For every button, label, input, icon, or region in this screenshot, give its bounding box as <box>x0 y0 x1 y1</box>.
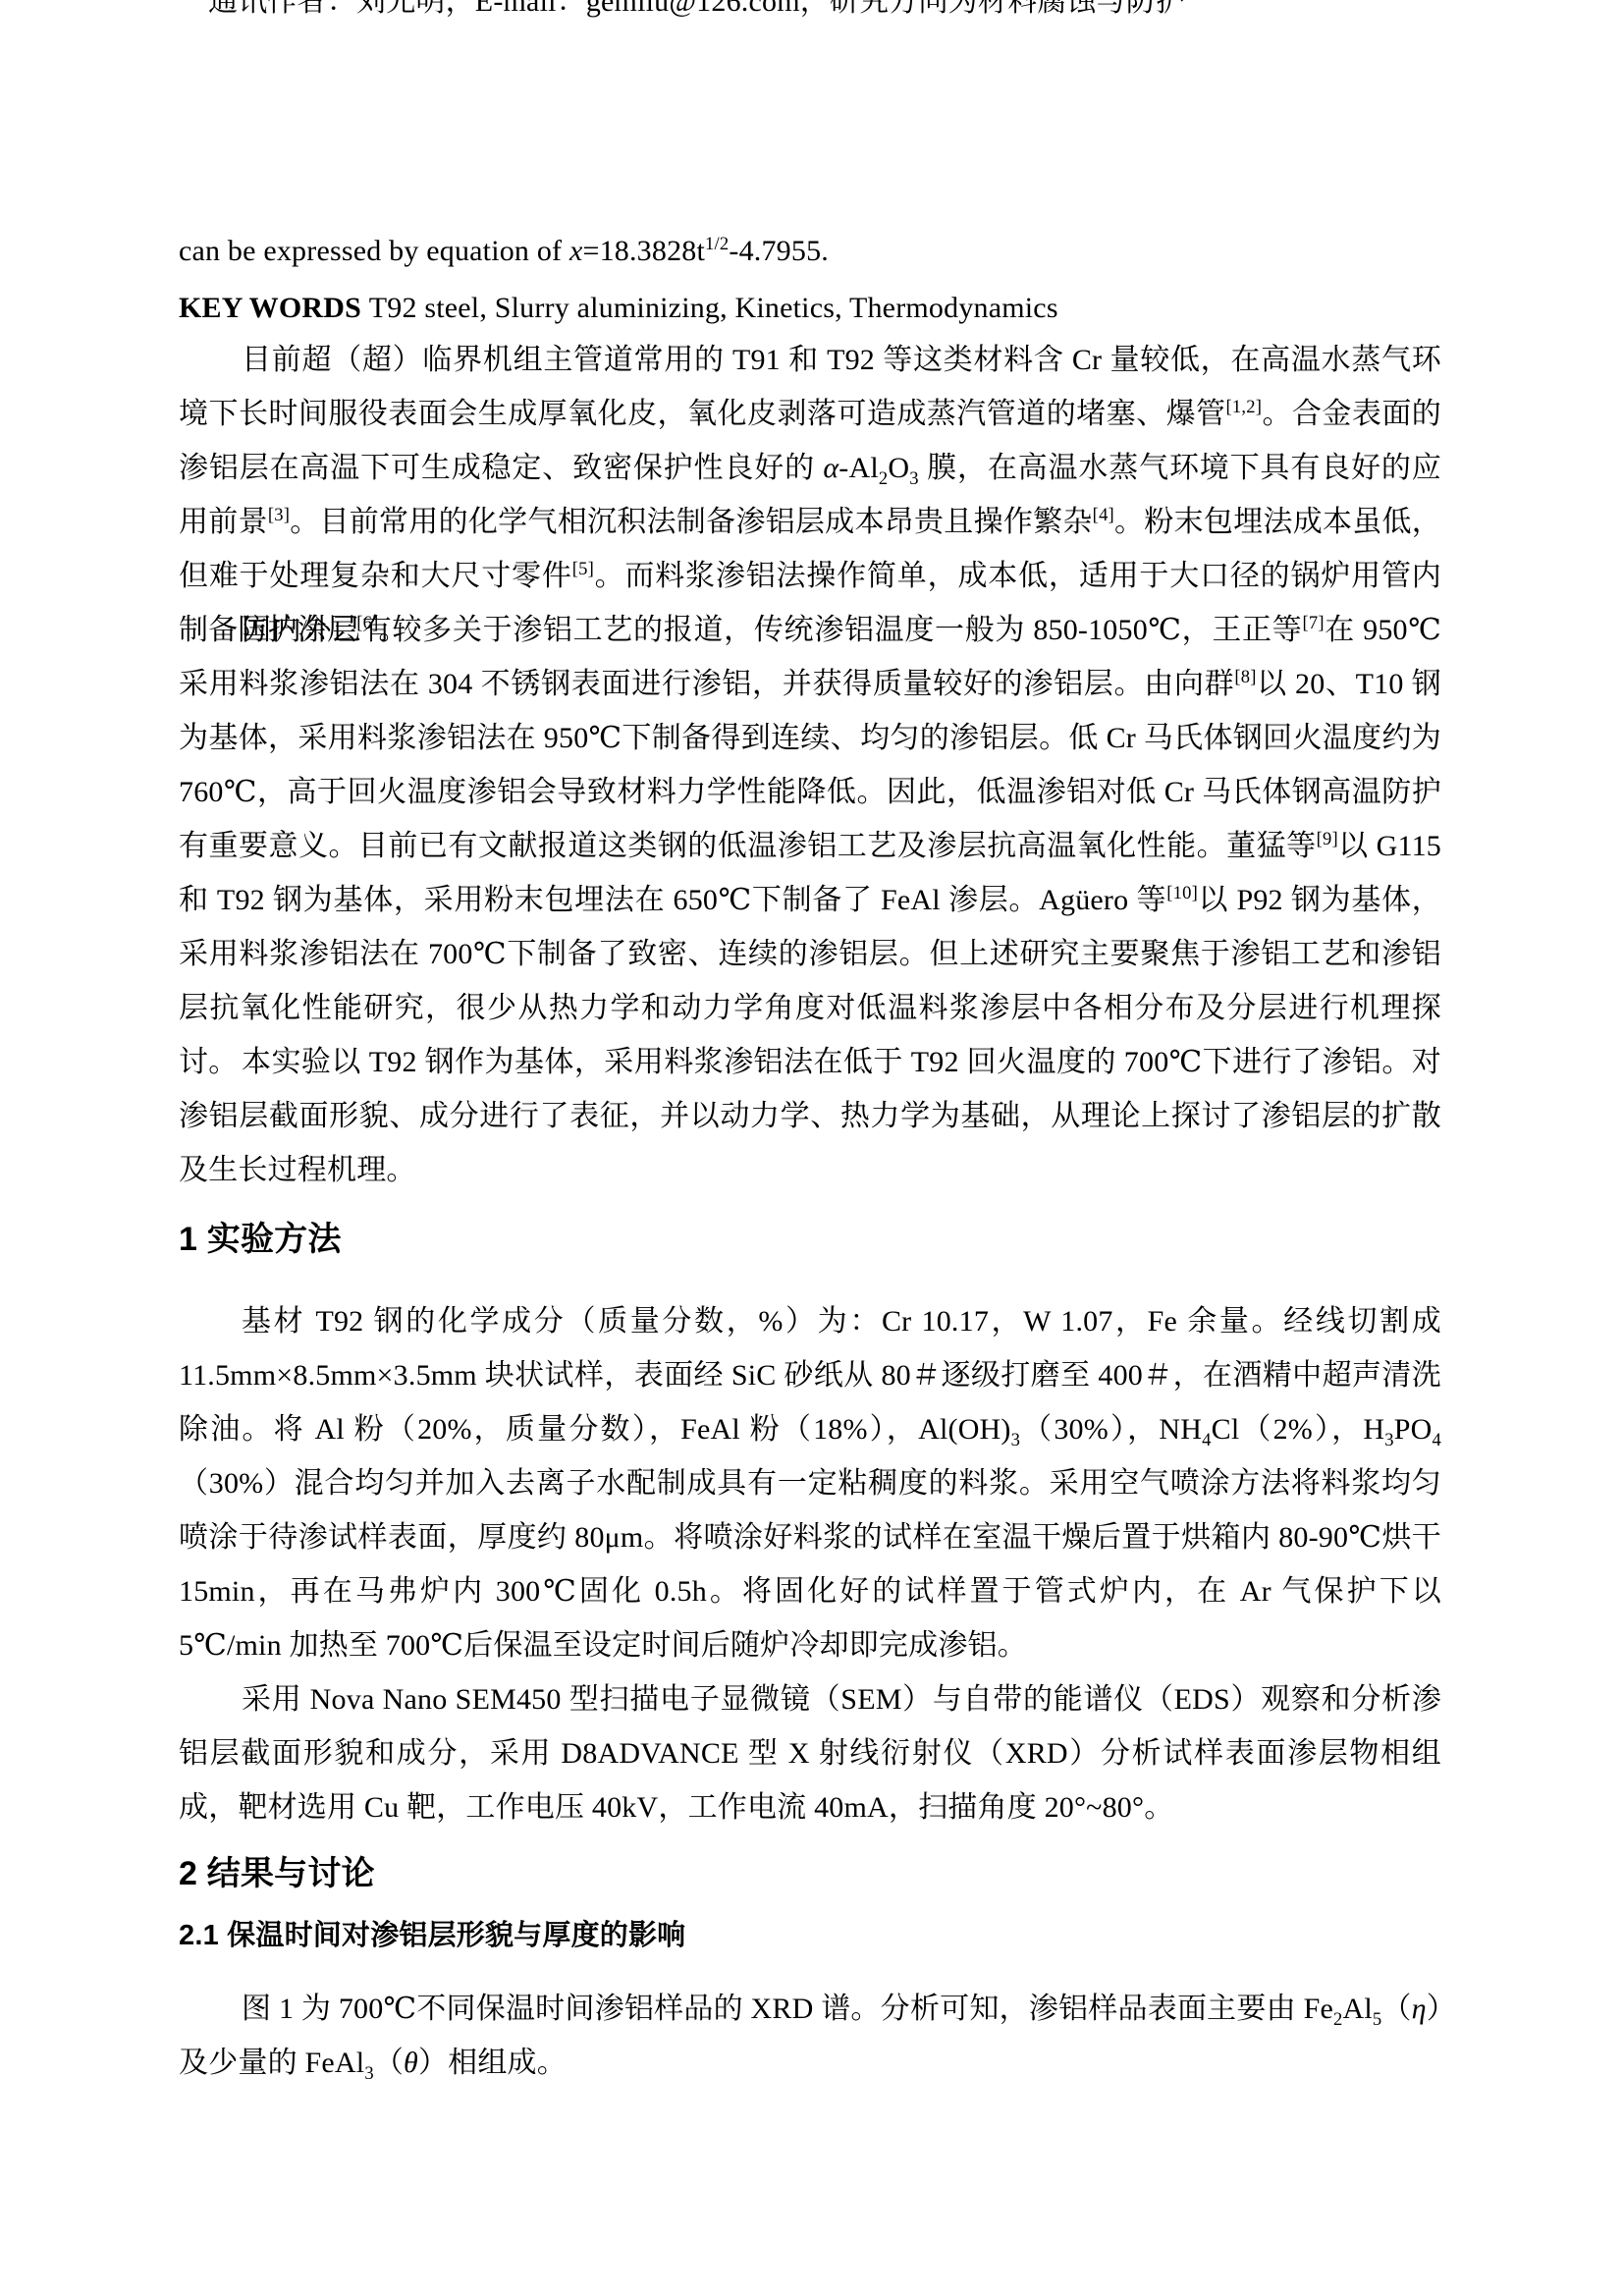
section-1-paragraph-1: 基材 T92 钢的化学成分（质量分数，%）为：Cr 10.17，W 1.07，F… <box>179 1294 1441 1672</box>
keywords-label: KEY WORDS <box>179 292 369 324</box>
corresponding-author-line: 通讯作者：刘光明，E-mail：gemliu@126.com，研究方向为材料腐蚀… <box>179 0 1441 28</box>
paper-page: 通讯作者：刘光明，E-mail：gemliu@126.com，研究方向为材料腐蚀… <box>0 0 1623 2296</box>
intro-paragraph-3: 本实验以 T92 钢作为基体，采用料浆渗铝法在低于 T92 回火温度的 700℃… <box>179 1035 1441 1197</box>
section-2-heading: 2 结果与讨论 <box>179 1844 1441 1903</box>
section-1-paragraph-2: 采用 Nova Nano SEM450 型扫描电子显微镜（SEM）与自带的能谱仪… <box>179 1672 1441 1834</box>
section-2-paragraph-1: 图 1 为 700℃不同保温时间渗铝样品的 XRD 谱。分析可知，渗铝样品表面主… <box>179 1982 1441 2090</box>
section-1-heading: 1 实验方法 <box>179 1210 1441 1269</box>
intro-paragraph-2: 国内外已有较多关于渗铝工艺的报道，传统渗铝温度一般为 850-1050℃，王正等… <box>179 603 1441 1089</box>
section-2-1-subheading: 2.1 保温时间对渗铝层形貌与厚度的影响 <box>179 1909 1441 1963</box>
keywords-text: T92 steel, Slurry aluminizing, Kinetics,… <box>369 292 1058 324</box>
abstract-equation-line: can be expressed by equation of x=18.382… <box>179 224 1441 278</box>
keywords-line: KEY WORDS T92 steel, Slurry aluminizing,… <box>179 281 1441 335</box>
